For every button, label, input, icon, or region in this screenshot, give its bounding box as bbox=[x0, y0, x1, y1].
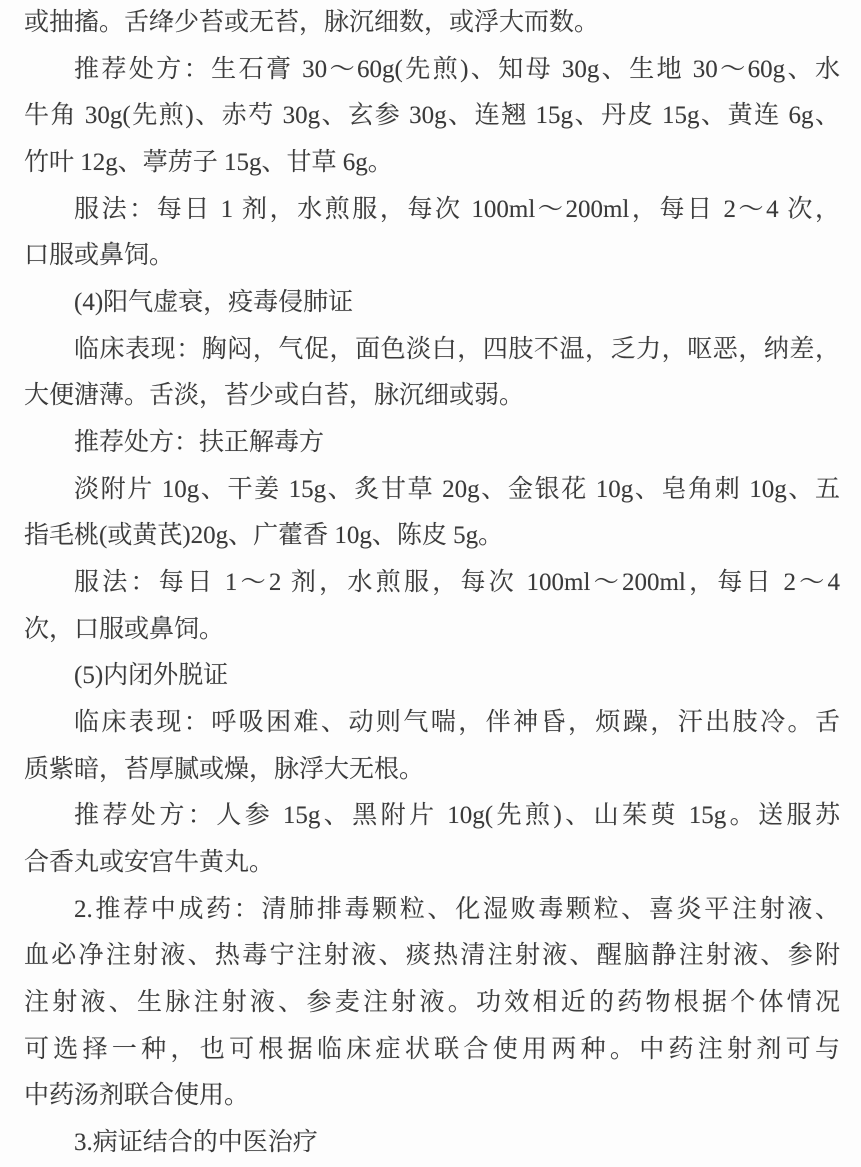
text-line: 牛角 30g(先煎)、赤芍 30g、玄参 30g、连翘 15g、丹皮 15g、黄… bbox=[24, 93, 840, 140]
text-line: 推荐处方：生石膏 30～60g(先煎)、知母 30g、生地 30～60g、水 bbox=[24, 47, 840, 94]
text-line: 推荐处方：人参 15g、黑附片 10g(先煎)、山茱萸 15g。送服苏 bbox=[24, 793, 840, 840]
text-line: (5)内闭外脱证 bbox=[24, 653, 840, 700]
text-line: (4)阳气虚衰，疫毒侵肺证 bbox=[24, 280, 840, 327]
text-line: 血必净注射液、热毒宁注射液、痰热清注射液、醒脑静注射液、参附 bbox=[24, 933, 840, 980]
text-block: 或抽搐。舌绛少苔或无苔，脉沉细数，或浮大而数。推荐处方：生石膏 30～60g(先… bbox=[24, 0, 840, 1167]
text-line: 推荐处方：扶正解毒方 bbox=[24, 420, 840, 467]
text-line: 中药汤剂联合使用。 bbox=[24, 1073, 840, 1120]
text-line: 竹叶 12g、葶苈子 15g、甘草 6g。 bbox=[24, 140, 840, 187]
text-line: 临床表现：呼吸困难、动则气喘，伴神昏，烦躁，汗出肢冷。舌 bbox=[24, 700, 840, 747]
text-line: 合香丸或安宫牛黄丸。 bbox=[24, 840, 840, 887]
document-page: 或抽搐。舌绛少苔或无苔，脉沉细数，或浮大而数。推荐处方：生石膏 30～60g(先… bbox=[0, 0, 861, 1167]
text-line: 可选择一种，也可根据临床症状联合使用两种。中药注射剂可与 bbox=[24, 1027, 840, 1074]
text-line: 临床表现：胸闷，气促，面色淡白，四肢不温，乏力，呕恶，纳差， bbox=[24, 327, 840, 374]
text-line: 淡附片 10g、干姜 15g、炙甘草 20g、金银花 10g、皂角刺 10g、五 bbox=[24, 467, 840, 514]
text-line: 质紫暗，苔厚腻或燥，脉浮大无根。 bbox=[24, 747, 840, 794]
text-line: 或抽搐。舌绛少苔或无苔，脉沉细数，或浮大而数。 bbox=[24, 0, 840, 47]
text-line: 3.病证结合的中医治疗 bbox=[24, 1120, 840, 1167]
text-line: 口服或鼻饲。 bbox=[24, 233, 840, 280]
text-line: 2.推荐中成药：清肺排毒颗粒、化湿败毒颗粒、喜炎平注射液、 bbox=[24, 887, 840, 934]
text-line: 注射液、生脉注射液、参麦注射液。功效相近的药物根据个体情况 bbox=[24, 980, 840, 1027]
text-line: 次，口服或鼻饲。 bbox=[24, 607, 840, 654]
text-line: 服法：每日 1 剂，水煎服，每次 100ml～200ml，每日 2～4 次， bbox=[24, 187, 840, 234]
text-line: 大便溏薄。舌淡，苔少或白苔，脉沉细或弱。 bbox=[24, 373, 840, 420]
text-line: 服法：每日 1～2 剂，水煎服，每次 100ml～200ml，每日 2～4 bbox=[24, 560, 840, 607]
text-line: 指毛桃(或黄芪)20g、广藿香 10g、陈皮 5g。 bbox=[24, 513, 840, 560]
